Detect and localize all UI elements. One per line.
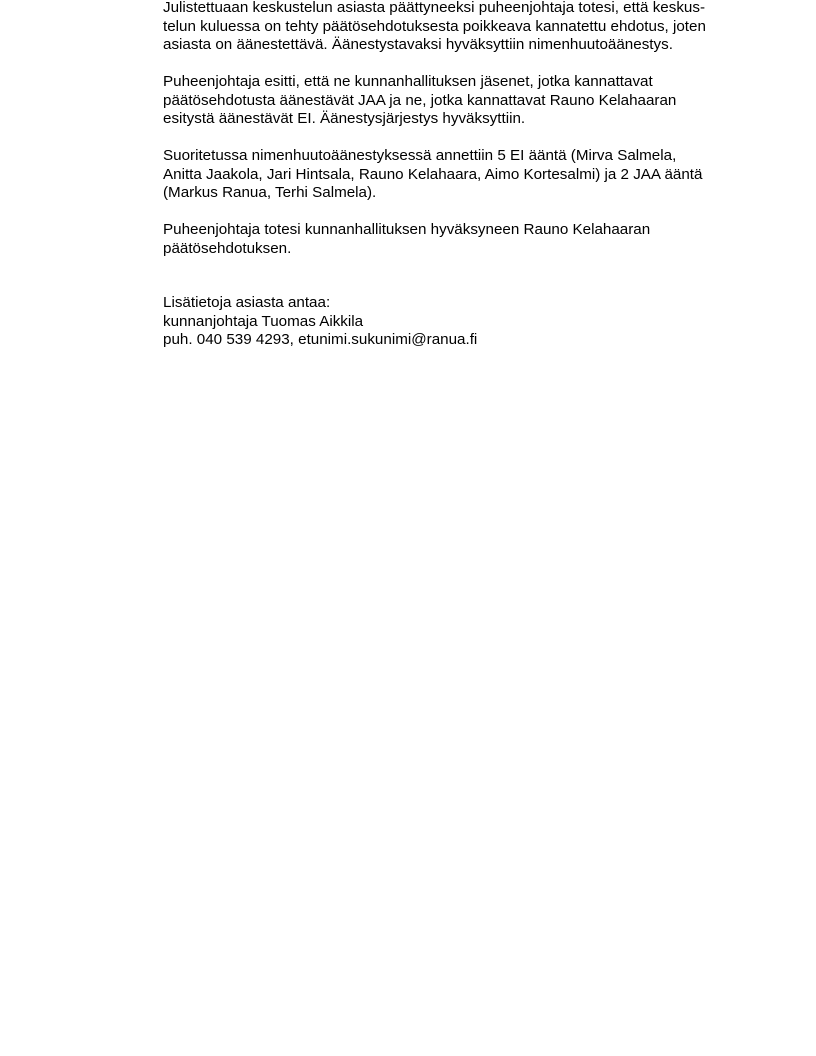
text-line: Suoritetussa nimenhuutoäänestyksessä ann… (163, 147, 702, 166)
contact-person: kunnanjohtaja Tuomas Aikkila (163, 313, 477, 332)
text-line: esitystä äänestävät EI. Äänestysjärjesty… (163, 110, 676, 129)
paragraph-voting-order: Puheenjohtaja esitti, että ne kunnanhall… (163, 73, 676, 129)
text-line: Puheenjohtaja esitti, että ne kunnanhall… (163, 73, 676, 92)
paragraph-decision: Puheenjohtaja totesi kunnanhallituksen h… (163, 221, 650, 258)
paragraph-discussion-closed: Julistettuaan keskustelun asiasta päätty… (163, 0, 706, 55)
text-line: Puheenjohtaja totesi kunnanhallituksen h… (163, 221, 650, 240)
contact-heading: Lisätietoja asiasta antaa: (163, 294, 477, 313)
text-line: Julistettuaan keskustelun asiasta päätty… (163, 0, 706, 18)
text-line: asiasta on äänestettävä. Äänestystavaksi… (163, 36, 706, 55)
text-line: (Markus Ranua, Terhi Salmela). (163, 184, 702, 203)
contact-info: Lisätietoja asiasta antaa: kunnanjohtaja… (163, 294, 477, 350)
text-line: Anitta Jaakola, Jari Hintsala, Rauno Kel… (163, 166, 702, 185)
text-line: päätösehdotusta äänestävät JAA ja ne, jo… (163, 92, 676, 111)
text-line: päätösehdotuksen. (163, 240, 650, 259)
paragraph-vote-result: Suoritetussa nimenhuutoäänestyksessä ann… (163, 147, 702, 203)
contact-phone-email: puh. 040 539 4293, etunimi.sukunimi@ranu… (163, 331, 477, 350)
text-line: telun kuluessa on tehty päätösehdotukses… (163, 18, 706, 37)
